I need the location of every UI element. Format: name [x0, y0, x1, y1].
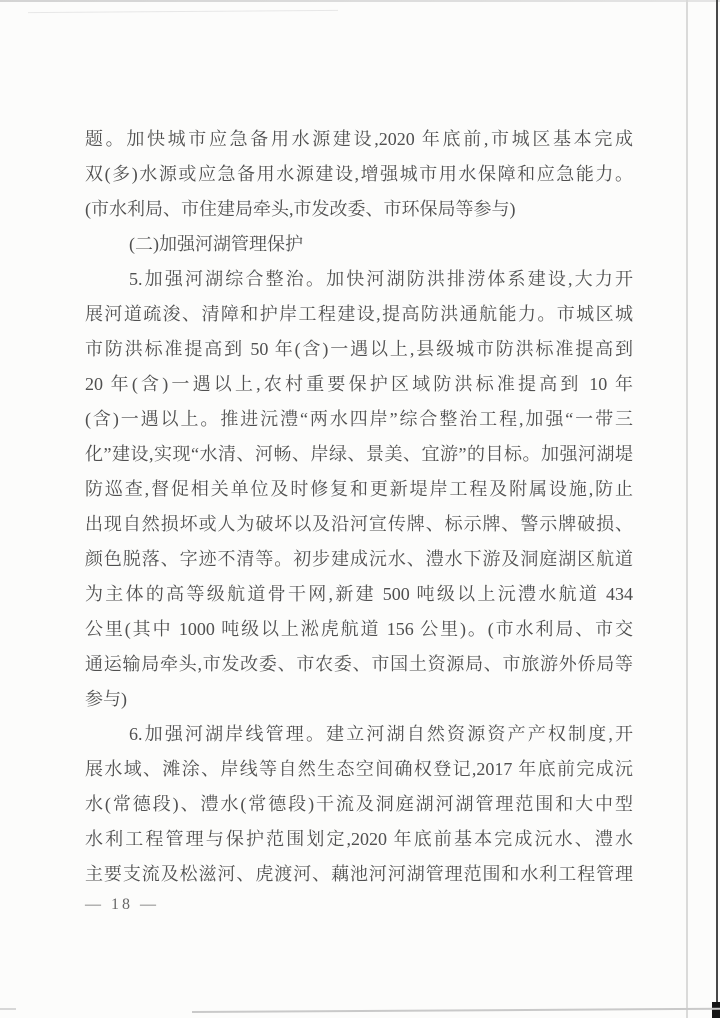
text-line: 20 年(含)一遇以上,农村重要保护区域防洪标准提高到 10 年 — [85, 367, 633, 402]
text-line: 水(常德段)、澧水(常德段)干流及洞庭湖河湖管理范围和大中型 — [85, 787, 633, 822]
text-line: 6.加强河湖岸线管理。建立河湖自然资源资产产权制度,开 — [85, 717, 633, 752]
page-edge-line-right — [686, 0, 688, 1018]
page-number: — 18 — — [85, 893, 159, 917]
text-line: 通运输局牵头,市发改委、市农委、市国土资源局、市旅游外侨局等 — [85, 647, 633, 682]
text-line: 主要支流及松滋河、虎渡河、藕池河河湖管理范围和水利工程管理 — [85, 857, 633, 892]
scan-streak-top — [28, 10, 338, 13]
text-line: 化”建设,实现“水清、河畅、岸绿、景美、宜游”的目标。加强河湖堤 — [85, 437, 633, 472]
text-line: 防巡查,督促相关单位及时修复和更新堤岸工程及附属设施,防止 — [85, 472, 633, 507]
text-line: 展水域、滩涂、岸线等自然生态空间确权登记,2017 年底前完成沅 — [85, 752, 633, 787]
text-line: 为主体的高等级航道骨干网,新建 500 吨级以上沅澧水航道 434 — [85, 577, 633, 612]
text-line: 颜色脱落、字迹不清等。初步建成沅水、澧水下游及洞庭湖区航道 — [85, 542, 633, 577]
text-line: (含)一遇以上。推进沅澧“两水四岸”综合整治工程,加强“一带三 — [85, 402, 633, 437]
document-body: 题。加快城市应急备用水源建设,2020 年底前,市城区基本完成 双(多)水源或应… — [85, 122, 633, 892]
text-line: 公里(其中 1000 吨级以上淞虎航道 156 公里)。(市水利局、市交 — [85, 612, 633, 647]
text-line: 水利工程管理与保护范围划定,2020 年底前基本完成沅水、澧水 — [85, 822, 633, 857]
text-line: (市水利局、市住建局牵头,市发改委、市环保局等参与) — [85, 192, 633, 227]
scan-corner-mark — [712, 1002, 720, 1018]
scanned-page: 题。加快城市应急备用水源建设,2020 年底前,市城区基本完成 双(多)水源或应… — [0, 0, 720, 1018]
scan-edge-dark-right — [716, 0, 718, 1018]
text-line: 双(多)水源或应急备用水源建设,增强城市用水保障和应急能力。 — [85, 157, 633, 192]
text-line: 5.加强河湖综合整治。加快河湖防洪排涝体系建设,大力开 — [85, 262, 633, 297]
section-heading: (二)加强河湖管理保护 — [85, 227, 633, 262]
text-line: 题。加快城市应急备用水源建设,2020 年底前,市城区基本完成 — [85, 122, 633, 157]
page-edge-shadow-bottom — [192, 1008, 720, 1013]
text-line: 展河道疏浚、清障和护岸工程建设,提高防洪通航能力。市城区城 — [85, 297, 633, 332]
page-edge-shadow-top — [0, 0, 720, 2]
page-edge-shadow-bottom-left — [0, 1008, 16, 1010]
text-line: 市防洪标准提高到 50 年(含)一遇以上,县级城市防洪标准提高到 — [85, 332, 633, 367]
text-line: 参与) — [85, 682, 633, 717]
text-line: 出现自然损坏或人为破坏以及沿河宣传牌、标示牌、警示牌破损、 — [85, 507, 633, 542]
